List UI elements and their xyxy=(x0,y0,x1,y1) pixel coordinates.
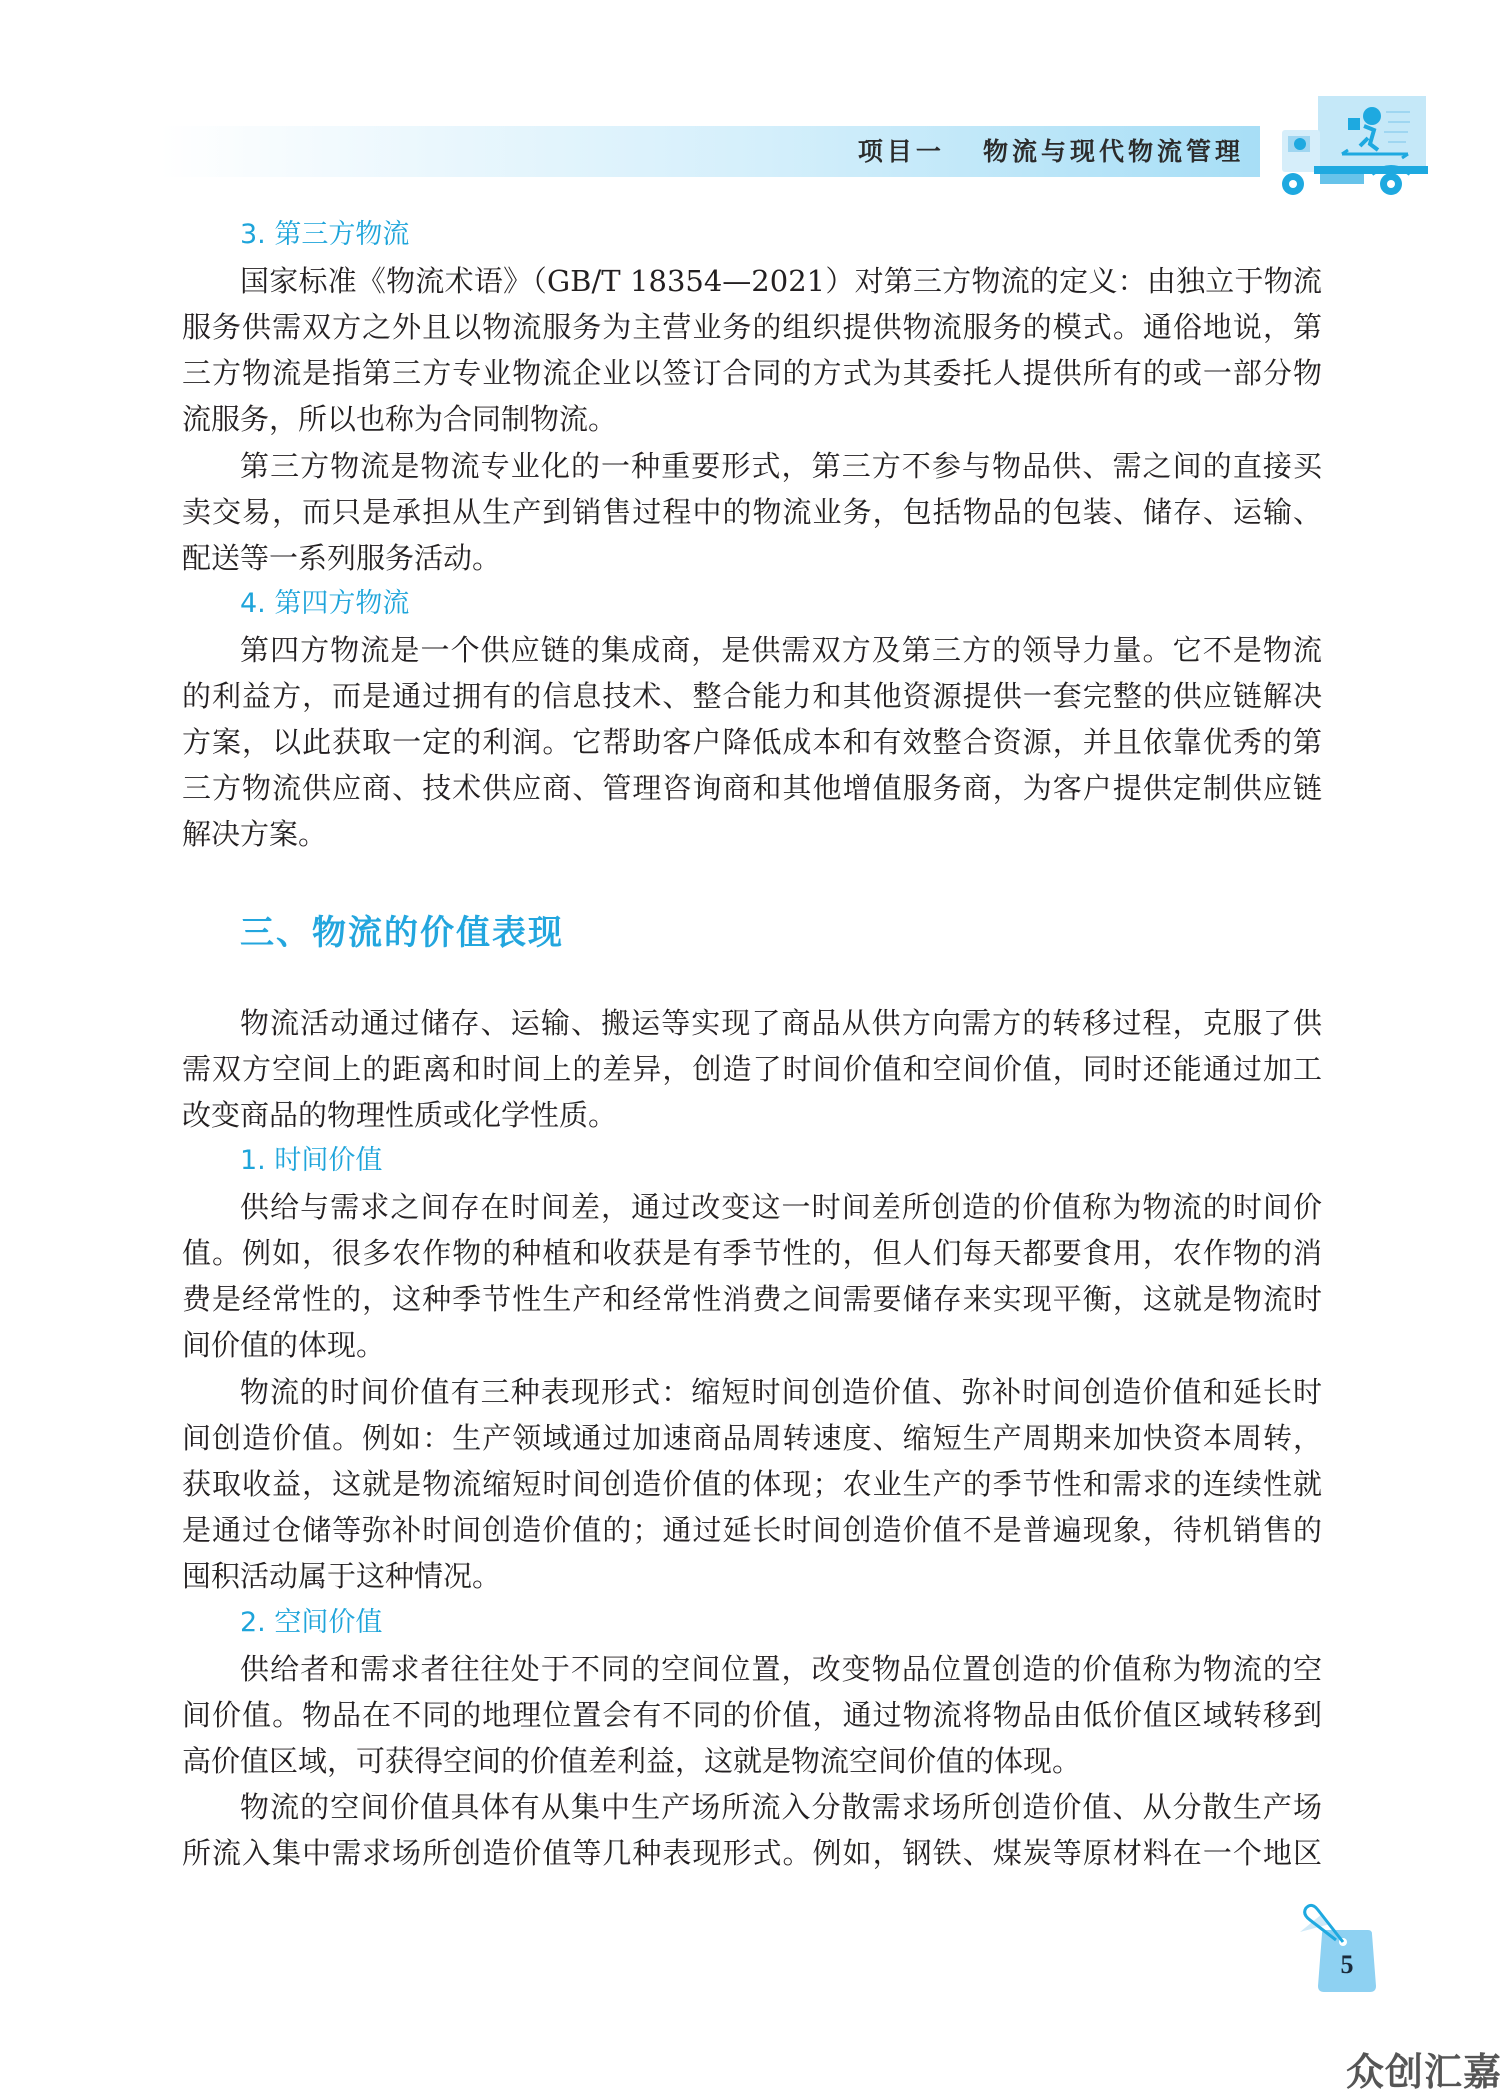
paragraph-line: 国家标准《物流术语》（GB/T 18354—2021）对第三方物流的定义：由独立… xyxy=(182,258,1322,304)
paragraph-line: 第四方物流是一个供应链的集成商，是供需双方及第三方的领导力量。它不是物流 xyxy=(182,627,1322,673)
paragraph-line: 费是经常性的，这种季节性生产和经常性消费之间需要储存来实现平衡，这就是物流时 xyxy=(182,1276,1322,1322)
paragraph-line: 服务供需双方之外且以物流服务为主营业务的组织提供物流服务的模式。通俗地说，第 xyxy=(182,304,1322,350)
paragraph-line: 物流的时间价值有三种表现形式：缩短时间创造价值、弥补时间创造价值和延长时 xyxy=(182,1369,1322,1415)
paragraph-line: 所流入集中需求场所创造价值等几种表现形式。例如，钢铁、煤炭等原材料在一个地区 xyxy=(182,1830,1322,1876)
paragraph-line: 囤积活动属于这种情况。 xyxy=(182,1553,1322,1599)
paragraph-line: 高价值区域，可获得空间的价值差利益，这就是物流空间价值的体现。 xyxy=(182,1738,1322,1784)
paragraph-line: 间创造价值。例如：生产领域通过加速商品周转速度、缩短生产周期来加快资本周转， xyxy=(182,1415,1322,1461)
paragraph-line: 配送等一系列服务活动。 xyxy=(182,535,1322,581)
subheading-third-party-logistics: 3. 第三方物流 xyxy=(240,212,409,258)
page-number: 5 xyxy=(1322,1944,1372,1986)
paragraph-line: 供给与需求之间存在时间差，通过改变这一时间差所创造的价值称为物流的时间价 xyxy=(182,1184,1322,1230)
paragraph-line: 需双方空间上的距离和时间上的差异，创造了时间价值和空间价值，同时还能通过加工 xyxy=(182,1046,1322,1092)
paragraph-line: 流服务，所以也称为合同制物流。 xyxy=(182,396,1322,442)
paragraph-line: 值。例如，很多农作物的种植和收获是有季节性的，但人们每天都要食用，农作物的消 xyxy=(182,1230,1322,1276)
paragraph-line: 获取收益，这就是物流缩短时间创造价值的体现；农业生产的季节性和需求的连续性就 xyxy=(182,1461,1322,1507)
paragraph-line: 改变商品的物理性质或化学性质。 xyxy=(182,1092,1322,1138)
chapter-header-title: 项目一 物流与现代物流管理 xyxy=(858,133,1244,171)
paragraph-line: 间价值的体现。 xyxy=(182,1322,1322,1368)
section-heading-logistics-value: 三、物流的价值表现 xyxy=(240,908,564,958)
watermark-text: 众创汇嘉 xyxy=(1346,2050,1502,2094)
paragraph-line: 三方物流供应商、技术供应商、管理咨询商和其他增值服务商，为客户提供定制供应链 xyxy=(182,765,1322,811)
paragraph-line: 是通过仓储等弥补时间创造价值的；通过延长时间创造价值不是普遍现象，待机销售的 xyxy=(182,1507,1322,1553)
paragraph-line: 供给者和需求者往往处于不同的空间位置，改变物品位置创造的价值称为物流的空 xyxy=(182,1646,1322,1692)
paragraph-line: 的利益方，而是通过拥有的信息技术、整合能力和其他资源提供一套完整的供应链解决 xyxy=(182,673,1322,719)
paragraph-line: 物流的空间价值具体有从集中生产场所流入分散需求场所创造价值、从分散生产场 xyxy=(182,1784,1322,1830)
paragraph-line: 解决方案。 xyxy=(182,811,1322,857)
delivery-truck-icon xyxy=(1276,92,1432,202)
paragraph-line: 物流活动通过储存、运输、搬运等实现了商品从供方向需方的转移过程，克服了供 xyxy=(182,1000,1322,1046)
paragraph-line: 卖交易，而只是承担从生产到销售过程中的物流业务，包括物品的包装、储存、运输、 xyxy=(182,489,1322,535)
paragraph-line: 间价值。物品在不同的地理位置会有不同的价值，通过物流将物品由低价值区域转移到 xyxy=(182,1692,1322,1738)
paragraph-line: 方案，以此获取一定的利润。它帮助客户降低成本和有效整合资源，并且依靠优秀的第 xyxy=(182,719,1322,765)
subheading-space-value: 2. 空间价值 xyxy=(240,1600,382,1646)
subheading-time-value: 1. 时间价值 xyxy=(240,1138,382,1184)
paragraph-line: 三方物流是指第三方专业物流企业以签订合同的方式为其委托人提供所有的或一部分物 xyxy=(182,350,1322,396)
paragraph-line: 第三方物流是物流专业化的一种重要形式，第三方不参与物品供、需之间的直接买 xyxy=(182,443,1322,489)
subheading-fourth-party-logistics: 4. 第四方物流 xyxy=(240,581,409,627)
